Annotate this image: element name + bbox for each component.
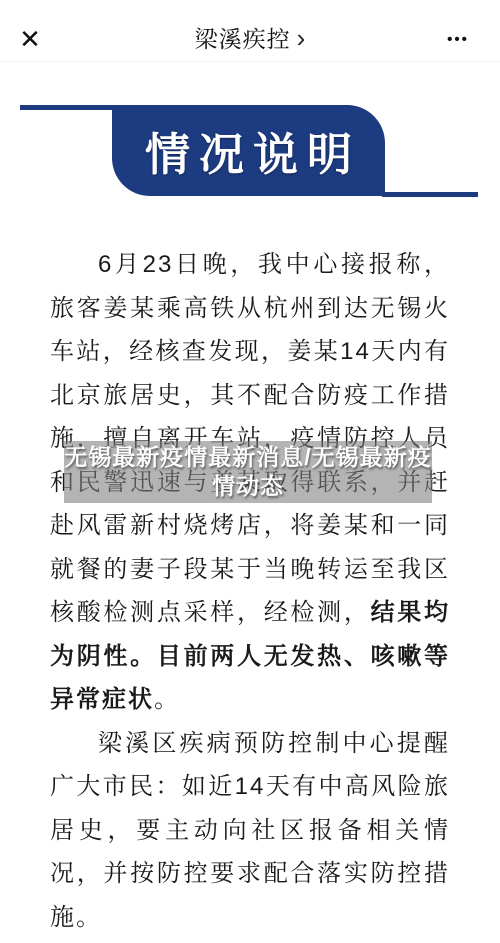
account-title[interactable]: 梁溪疾控 › [195, 0, 306, 62]
page-title: 梁溪疾控 [195, 21, 291, 54]
paragraph-segment: 。 [154, 686, 180, 713]
article-paragraph: 梁溪区疾病预防控制中心提醒广大市民：如近14天有中高风险旅居史，要主动向社区报备… [50, 722, 450, 940]
more-options-button[interactable]: ••• [436, 24, 480, 54]
article-body: 6月23日晚，我中心接报称，旅客姜某乘高铁从杭州到达无锡火车站，经核查发现，姜某… [50, 243, 450, 939]
banner-left-line [20, 105, 115, 110]
banner: 情况说明 [0, 105, 500, 196]
navbar: ✕ 梁溪疾控 › ••• [0, 0, 500, 62]
banner-right-line [382, 192, 478, 197]
article-page: ✕ 梁溪疾控 › ••• 情况说明 6月23日晚，我中心接报称，旅客姜某乘高铁从… [0, 0, 500, 943]
paragraph-segment: 梁溪区疾病预防控制中心提醒广大市民：如近14天有中高风险旅居史，要主动向社区报备… [50, 730, 450, 931]
paragraph-segment: 6月23日晚，我中心接报称，旅客姜某乘高铁从杭州到达无锡火车站，经核查发现，姜某… [50, 251, 450, 626]
article-paragraph: 6月23日晚，我中心接报称，旅客姜某乘高铁从杭州到达无锡火车站，经核查发现，姜某… [50, 243, 450, 722]
close-button[interactable]: ✕ [12, 22, 48, 56]
banner-ribbon: 情况说明 [112, 105, 385, 196]
chevron-right-icon: › [297, 24, 306, 51]
more-options-icon: ••• [447, 31, 469, 48]
banner-title: 情况说明 [136, 118, 361, 183]
close-icon: ✕ [19, 24, 41, 54]
